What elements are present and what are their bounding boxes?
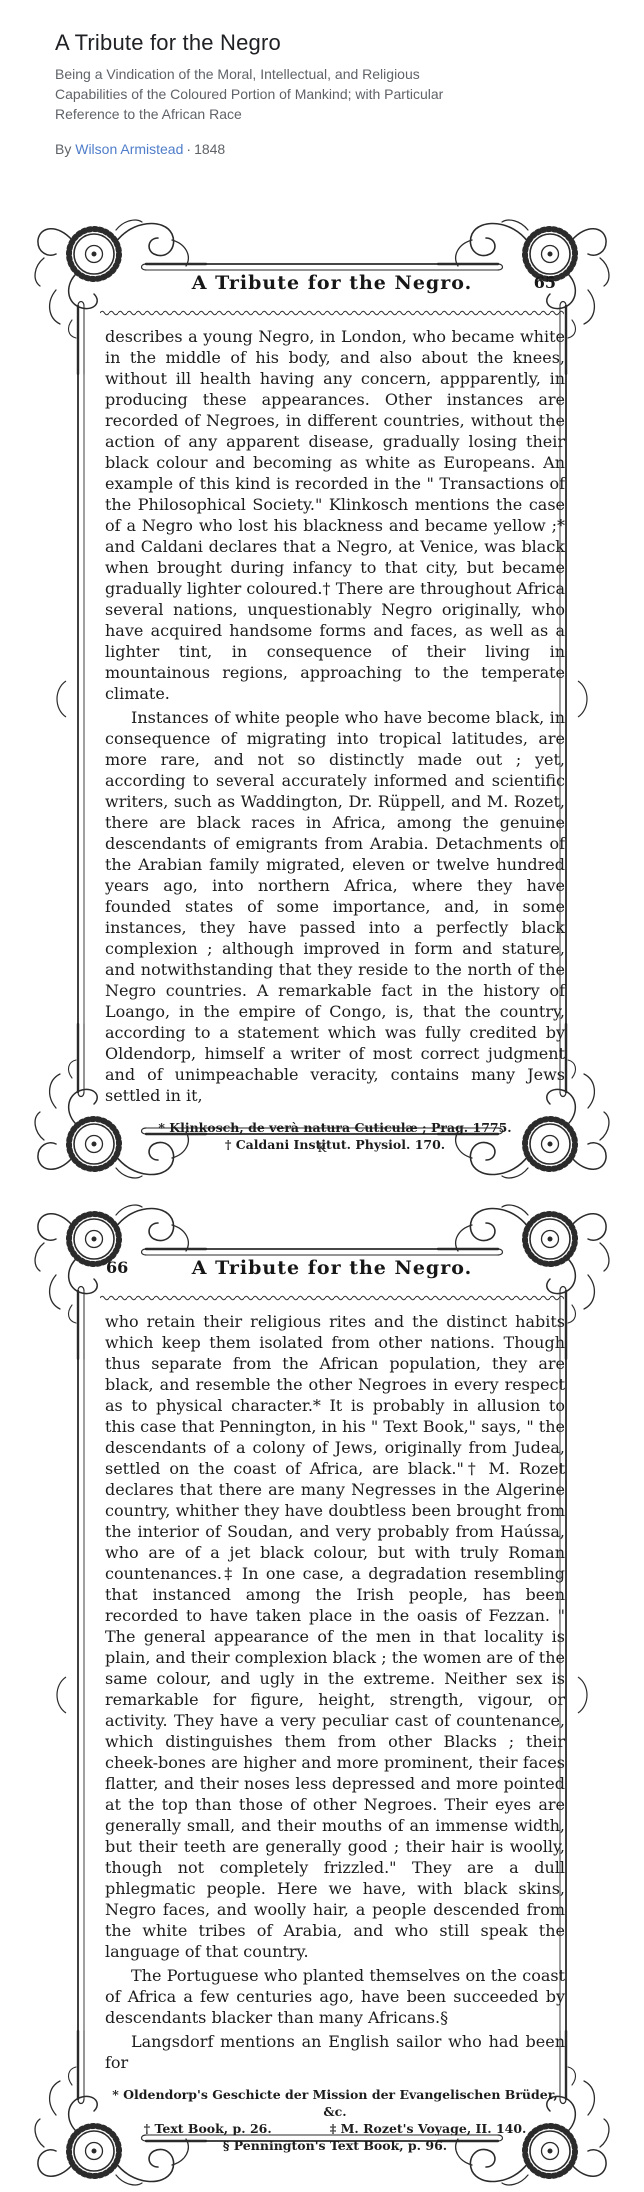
scanned-page-65[interactable]: A Tribute for the Negro. 65 describes a … [30, 214, 614, 1184]
paragraph: describes a young Negro, in London, who … [105, 326, 565, 704]
page-66-footnotes: * Oldendorp's Geschicte der Mission der … [105, 2086, 565, 2154]
paragraph: The Portuguese who planted themselves on… [105, 1965, 565, 2028]
page-65-body: describes a young Negro, in London, who … [105, 326, 565, 1153]
paragraph: Langsdorf mentions an English sailor who… [105, 2031, 565, 2073]
book-year: 1848 [194, 141, 225, 157]
wavy-rule [100, 308, 564, 316]
wavy-rule [100, 1293, 564, 1301]
byline-separator: · [186, 141, 191, 157]
footnote: * Klinkosch, de verà natura Cuticulæ ; P… [105, 1119, 565, 1136]
footnote: † Text Book, p. 26. [144, 2120, 272, 2137]
book-subtitle: Being a Vindication of the Moral, Intell… [55, 64, 473, 124]
scanned-page-66[interactable]: 66 A Tribute for the Negro. who retain t… [30, 1199, 614, 2191]
running-head-65: A Tribute for the Negro. 65 [102, 272, 562, 294]
paragraph: who retain their religious rites and the… [105, 1311, 565, 1962]
book-byline: By Wilson Armistead·1848 [55, 141, 644, 157]
page-66-body: who retain their religious rites and the… [105, 1311, 565, 2154]
page-number-66: 66 [106, 1258, 128, 1277]
running-head-title: A Tribute for the Negro. [192, 272, 472, 294]
author-link[interactable]: Wilson Armistead [75, 141, 183, 157]
running-head-66: 66 A Tribute for the Negro. [102, 1257, 562, 1279]
paragraph: Instances of white people who have becom… [105, 707, 565, 1106]
footnote-row: † Text Book, p. 26. ‡ M. Rozet's Voyage,… [105, 2120, 565, 2137]
footnote: ‡ M. Rozet's Voyage, II. 140. [330, 2120, 527, 2137]
page-number-65: 65 [534, 273, 556, 292]
running-head-title: A Tribute for the Negro. [192, 1257, 472, 1279]
footnote: * Oldendorp's Geschicte der Mission der … [105, 2086, 565, 2120]
footnote: § Pennington's Text Book, p. 96. [105, 2137, 565, 2154]
byline-prefix: By [55, 141, 71, 157]
page-title: A Tribute for the Negro [55, 30, 644, 56]
signature-mark: K [30, 1141, 614, 1155]
book-header: A Tribute for the Negro Being a Vindicat… [0, 0, 644, 157]
